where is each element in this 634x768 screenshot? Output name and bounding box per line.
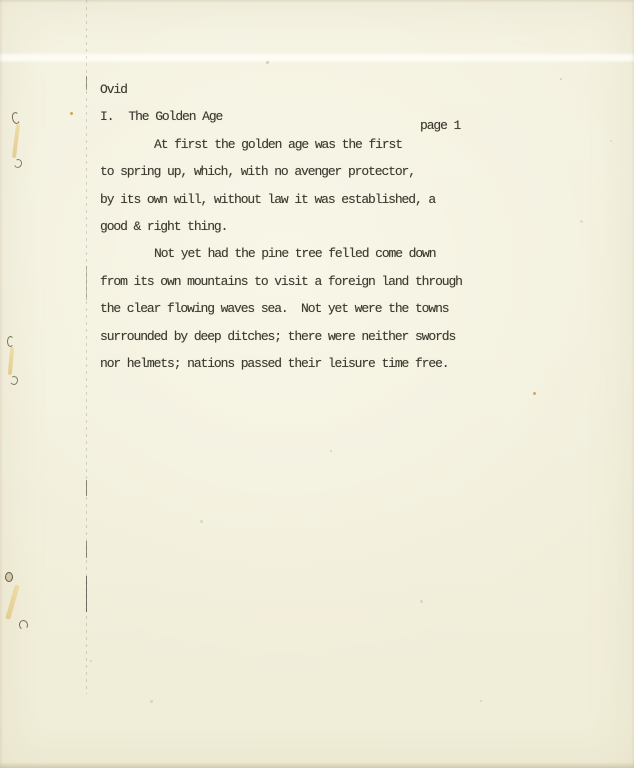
text-line: nor helmets; nations passed their leisur… [100, 350, 580, 377]
paper-speck [420, 600, 423, 603]
text-line: from its own mountains to visit a foreig… [100, 268, 580, 295]
text-line: good & right thing. [100, 213, 580, 240]
scan-edge-bottom [0, 762, 634, 768]
text-line: At first the golden age was the first [100, 131, 580, 158]
paper-speck [200, 520, 203, 523]
staple-hole-mark-bottom [18, 619, 29, 630]
text-line: to spring up, which, with no avenger pro… [100, 158, 580, 185]
fold-crease-dash [86, 541, 87, 558]
staple-hole-mark-middle [9, 375, 19, 385]
text-line: surrounded by deep ditches; there were n… [100, 323, 580, 350]
staple-hole-mark-bottom [5, 572, 13, 582]
section-title: The Golden Age [128, 109, 222, 124]
paper-speck [610, 140, 612, 142]
staple-hole-mark-top [13, 158, 23, 169]
fold-crease-dash [86, 266, 87, 300]
manuscript-page: Ovid I.The Golden Age At first the golde… [0, 0, 634, 768]
paper-speck [150, 700, 153, 703]
scan-light-band [0, 52, 634, 63]
typewritten-text: Ovid I.The Golden Age At first the golde… [100, 76, 580, 377]
paper-speck [580, 220, 583, 223]
paper-speck [70, 112, 73, 115]
staple-hole-mark-middle [7, 336, 14, 347]
fold-crease-dash [86, 576, 87, 612]
fold-crease-dash [86, 76, 87, 90]
text-line: the clear flowing waves sea. Not yet wer… [100, 295, 580, 322]
scan-edge-top [0, 0, 634, 3]
scan-edge-left [0, 0, 3, 768]
section-numeral: I. [100, 109, 113, 124]
section-heading: I.The Golden Age [100, 103, 580, 130]
paper-speck [266, 61, 269, 64]
fold-crease-dash [86, 480, 87, 496]
paper-speck [330, 450, 332, 452]
page-number-label: page 1 [420, 112, 460, 139]
rust-stain-streak-bottom [5, 584, 20, 620]
text-line: Not yet had the pine tree felled come do… [100, 240, 580, 267]
paper-speck [533, 392, 536, 395]
staple-hole-mark-top [11, 111, 21, 124]
text-line: by its own will, without law it was esta… [100, 186, 580, 213]
paper-speck [90, 660, 92, 662]
author-line: Ovid [100, 76, 580, 103]
paper-speck [480, 700, 482, 702]
rust-stain-streak-top [12, 124, 20, 158]
rust-stain-streak-middle [8, 347, 14, 375]
